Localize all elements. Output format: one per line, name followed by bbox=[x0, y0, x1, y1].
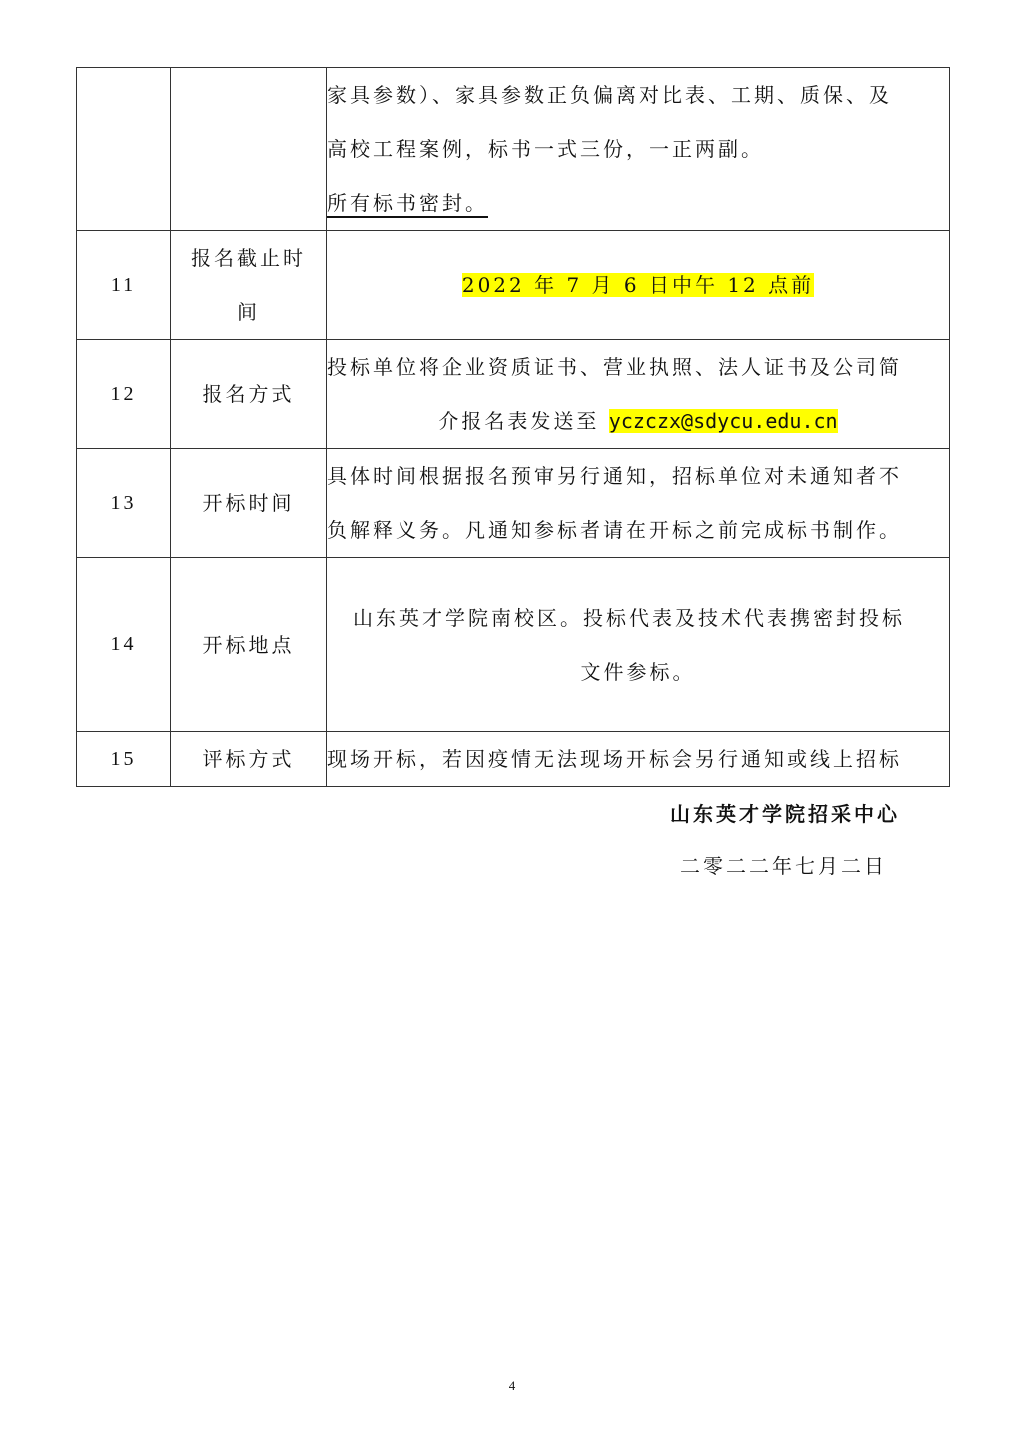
item-cell: 开标地点 bbox=[171, 558, 327, 732]
row-number-cell: 11 bbox=[77, 231, 171, 340]
sealed-note: 所有标书密封。 bbox=[327, 191, 488, 215]
content-cell: 家具参数）、家具参数正负偏离对比表、工期、质保、及 高校工程案例，标书一式三份，… bbox=[327, 68, 950, 231]
content-line: 山东英才学院南校区。投标代表及技术代表携密封投标 bbox=[327, 591, 949, 645]
content-cell: 投标单位将企业资质证书、营业执照、法人证书及公司简 介报名表发送至 yczczx… bbox=[327, 340, 950, 449]
row-number-cell: 13 bbox=[77, 449, 171, 558]
content-line: 文件参标。 bbox=[327, 645, 949, 699]
signature-organization: 山东英才学院招采中心 bbox=[670, 798, 900, 827]
row-number-cell: 15 bbox=[77, 732, 171, 787]
item-cell: 评标方式 bbox=[171, 732, 327, 787]
content-line: 具体时间根据报名预审另行通知，招标单位对未通知者不 bbox=[327, 449, 949, 503]
document-page: 家具参数）、家具参数正负偏离对比表、工期、质保、及 高校工程案例，标书一式三份，… bbox=[0, 0, 1024, 1448]
item-cell: 报名方式 bbox=[171, 340, 327, 449]
item-cell: 开标时间 bbox=[171, 449, 327, 558]
content-cell: 具体时间根据报名预审另行通知，招标单位对未通知者不 负解释义务。凡通知参标者请在… bbox=[327, 449, 950, 558]
content-cell: 山东英才学院南校区。投标代表及技术代表携密封投标 文件参标。 bbox=[327, 558, 950, 732]
row-number-cell: 14 bbox=[77, 558, 171, 732]
deadline-highlight: 2022 年 7 月 6 日中午 12 点前 bbox=[462, 273, 814, 297]
bid-info-table: 家具参数）、家具参数正负偏离对比表、工期、质保、及 高校工程案例，标书一式三份，… bbox=[76, 67, 950, 787]
content-line: 高校工程案例，标书一式三份，一正两副。 bbox=[327, 122, 949, 176]
table-row-13: 13 开标时间 具体时间根据报名预审另行通知，招标单位对未通知者不 负解释义务。… bbox=[77, 449, 950, 558]
content-line-prefix: 介报名表发送至 bbox=[438, 409, 608, 433]
content-line: 投标单位将企业资质证书、营业执照、法人证书及公司简 bbox=[327, 340, 949, 394]
table-row-14: 14 开标地点 山东英才学院南校区。投标代表及技术代表携密封投标 文件参标。 bbox=[77, 558, 950, 732]
item-cell bbox=[171, 68, 327, 231]
deadline-cell: 2022 年 7 月 6 日中午 12 点前 bbox=[327, 231, 950, 340]
table-row-continued: 家具参数）、家具参数正负偏离对比表、工期、质保、及 高校工程案例，标书一式三份，… bbox=[77, 68, 950, 231]
row-number-cell: 12 bbox=[77, 340, 171, 449]
content-line: 家具参数）、家具参数正负偏离对比表、工期、质保、及 bbox=[327, 68, 949, 122]
page-number: 4 bbox=[0, 1378, 1024, 1394]
item-line: 报名截止时 bbox=[171, 231, 326, 285]
item-line: 间 bbox=[171, 285, 326, 339]
content-cell: 现场开标，若因疫情无法现场开标会另行通知或线上招标 bbox=[327, 732, 950, 787]
table-row-15: 15 评标方式 现场开标，若因疫情无法现场开标会另行通知或线上招标 bbox=[77, 732, 950, 787]
signature-date: 二零二二年七月二日 bbox=[680, 850, 887, 879]
email-link[interactable]: yczczx@sdycu.edu.cn bbox=[609, 409, 838, 433]
table-row-11: 11 报名截止时 间 2022 年 7 月 6 日中午 12 点前 bbox=[77, 231, 950, 340]
row-number-cell bbox=[77, 68, 171, 231]
content-line: 负解释义务。凡通知参标者请在开标之前完成标书制作。 bbox=[327, 503, 949, 557]
table-row-12: 12 报名方式 投标单位将企业资质证书、营业执照、法人证书及公司简 介报名表发送… bbox=[77, 340, 950, 449]
item-cell: 报名截止时 间 bbox=[171, 231, 327, 340]
